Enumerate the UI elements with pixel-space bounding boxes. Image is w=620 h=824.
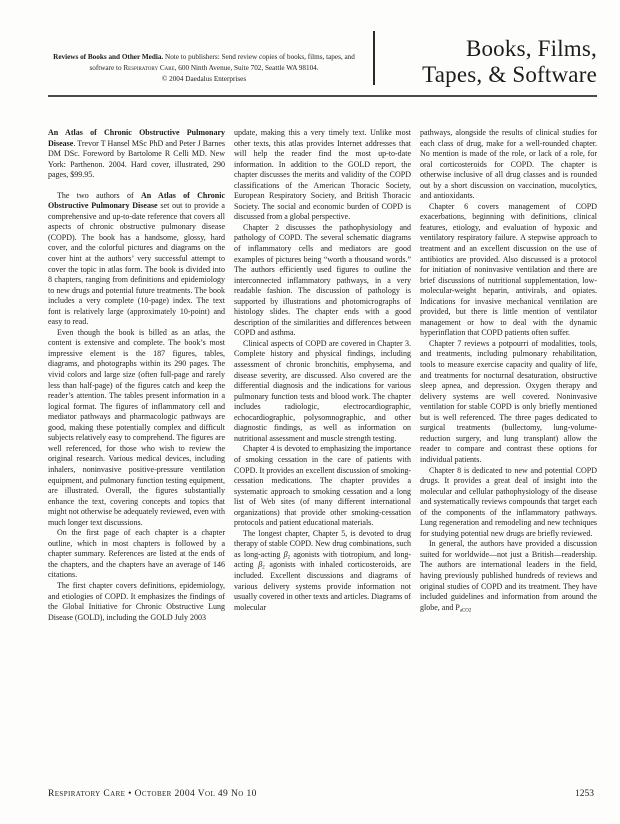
journal-page: Reviews of Books and Other Media. Note t… — [0, 0, 620, 824]
note-lead: Reviews of Books and Other Media. — [53, 53, 163, 61]
page-number: 1253 — [575, 789, 594, 800]
paragraph: Chapter 6 covers management of COPD exac… — [420, 202, 597, 339]
text-run: The two authors of — [57, 191, 141, 200]
text-run: On the first page of each chapter is a c… — [48, 528, 225, 579]
text-run: pathways, alongside the results of clini… — [420, 128, 597, 200]
section-title-line1: Books, Films, — [422, 36, 597, 62]
paragraph: An Atlas of Chronic Obstructive Pulmonar… — [48, 128, 225, 181]
paragraph: Chapter 4 is devoted to emphasizing the … — [234, 444, 411, 528]
text-run: set out to provide a comprehensive and u… — [48, 201, 225, 326]
journal-name: Respiratory Care — [123, 64, 174, 72]
copyright-line: © 2004 Daedalus Enterprises — [48, 74, 360, 85]
paragraph: The two authors of An Atlas of Chronic O… — [48, 191, 225, 328]
paragraph: Chapter 8 is dedicated to new and potent… — [420, 466, 597, 540]
journal-footer-line: Respiratory Care • October 2004 Vol 49 N… — [48, 789, 257, 800]
text-column-1: An Atlas of Chronic Obstructive Pulmonar… — [48, 128, 225, 750]
header-divider — [373, 31, 375, 85]
page-footer: Respiratory Care • October 2004 Vol 49 N… — [48, 789, 594, 800]
text-run: aCO — [460, 608, 469, 613]
text-run: Clinical aspects of COPD are covered in … — [234, 339, 411, 443]
note-address: , 600 Ninth Avenue, Suite 702, Seattle W… — [175, 64, 319, 72]
header-rule — [48, 95, 597, 97]
text-run: Chapter 7 reviews a potpourri of modalit… — [420, 339, 597, 464]
text-run: In general, the authors have provided a … — [420, 539, 597, 611]
text-column-2: update, making this a very timely text. … — [234, 128, 411, 750]
text-run: The first chapter covers definitions, ep… — [48, 581, 225, 622]
paragraph: pathways, alongside the results of clini… — [420, 128, 597, 202]
paragraph: update, making this a very timely text. … — [234, 128, 411, 223]
text-run: Even though the book is billed as an atl… — [48, 328, 225, 527]
text-run: Chapter 4 is devoted to emphasizing the … — [234, 444, 411, 527]
text-run: 2 — [469, 608, 471, 613]
paragraph: The first chapter covers definitions, ep… — [48, 581, 225, 623]
paragraph: The longest chapter, Chapter 5, is devot… — [234, 529, 411, 613]
text-run: . Trevor T Hansel MSc PhD and Peter J Ba… — [48, 139, 225, 180]
paragraph: Clinical aspects of COPD are covered in … — [234, 339, 411, 444]
paragraph: Chapter 7 reviews a potpourri of modalit… — [420, 339, 597, 466]
page-header: Reviews of Books and Other Media. Note t… — [48, 28, 597, 95]
section-title: Books, Films, Tapes, & Software — [422, 36, 597, 88]
text-run: update, making this a very timely text. … — [234, 128, 411, 221]
paragraph: On the first page of each chapter is a c… — [48, 528, 225, 581]
publisher-note: Reviews of Books and Other Media. Note t… — [48, 52, 360, 84]
article-body: An Atlas of Chronic Obstructive Pulmonar… — [48, 128, 597, 750]
text-run: Chapter 6 covers management of COPD exac… — [420, 202, 597, 338]
section-title-line2: Tapes, & Software — [422, 62, 597, 88]
text-run: Chapter 8 is dedicated to new and potent… — [420, 466, 597, 538]
paragraph: In general, the authors have provided a … — [420, 539, 597, 613]
paragraph: Chapter 2 discusses the pathophysiology … — [234, 223, 411, 339]
text-run: Chapter 2 discusses the pathophysiology … — [234, 223, 411, 337]
text-column-3: pathways, alongside the results of clini… — [420, 128, 597, 750]
paragraph: Even though the book is billed as an atl… — [48, 328, 225, 528]
